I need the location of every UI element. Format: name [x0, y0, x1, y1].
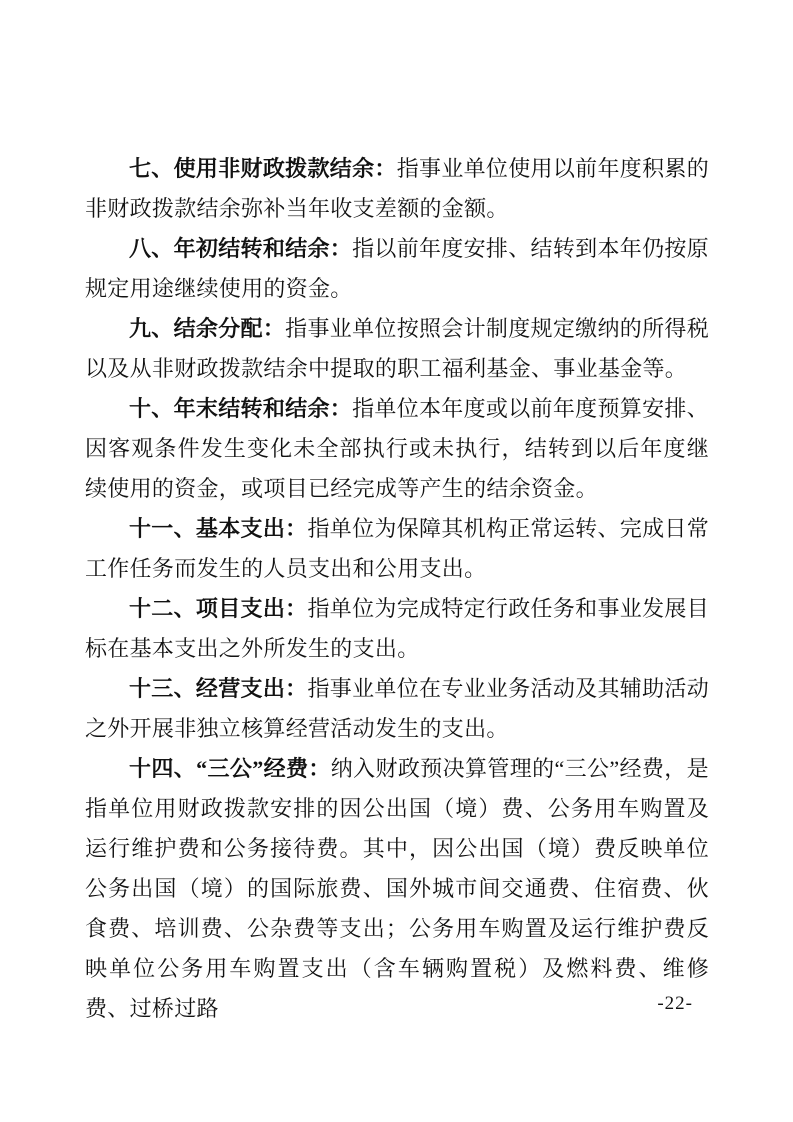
term-definition: 纳入财政预决算管理的“三公”经费，是指单位用财政拨款安排的因公出国（境）费、公务… [85, 756, 709, 1021]
page-number: -22- [657, 992, 693, 1016]
paragraph-term-14: 十四、“三公”经费：纳入财政预决算管理的“三公”经费，是指单位用财政拨款安排的因… [85, 749, 709, 1029]
paragraph-term-10: 十、年末结转和结余：指单位本年度或以前年度预算安排、因客观条件发生变化未全部执行… [85, 389, 709, 509]
term-label: 九、结余分配： [129, 316, 285, 341]
paragraph-term-12: 十二、项目支出：指单位为完成特定行政任务和事业发展目标在基本支出之外所发生的支出… [85, 589, 709, 669]
term-label: 八、年初结转和结余： [129, 236, 352, 261]
term-label: 十、年末结转和结余： [129, 396, 352, 421]
term-label: 十三、经营支出： [129, 676, 307, 701]
term-label: 十二、项目支出： [129, 596, 307, 621]
document-body: 七、使用非财政拨款结余：指事业单位使用以前年度积累的非财政拨款结余弥补当年收支差… [85, 149, 709, 1029]
paragraph-term-9: 九、结余分配：指事业单位按照会计制度规定缴纳的所得税以及从非财政拨款结余中提取的… [85, 309, 709, 389]
paragraph-term-13: 十三、经营支出：指事业单位在专业业务活动及其辅助活动之外开展非独立核算经营活动发… [85, 669, 709, 749]
term-label: 七、使用非财政拨款结余： [129, 156, 397, 181]
document-page: 七、使用非财政拨款结余：指事业单位使用以前年度积累的非财政拨款结余弥补当年收支差… [0, 0, 793, 1122]
paragraph-term-7: 七、使用非财政拨款结余：指事业单位使用以前年度积累的非财政拨款结余弥补当年收支差… [85, 149, 709, 229]
term-label: 十四、“三公”经费： [129, 756, 331, 781]
paragraph-term-11: 十一、基本支出：指单位为保障其机构正常运转、完成日常工作任务而发生的人员支出和公… [85, 509, 709, 589]
paragraph-term-8: 八、年初结转和结余：指以前年度安排、结转到本年仍按原规定用途继续使用的资金。 [85, 229, 709, 309]
term-label: 十一、基本支出： [129, 516, 307, 541]
